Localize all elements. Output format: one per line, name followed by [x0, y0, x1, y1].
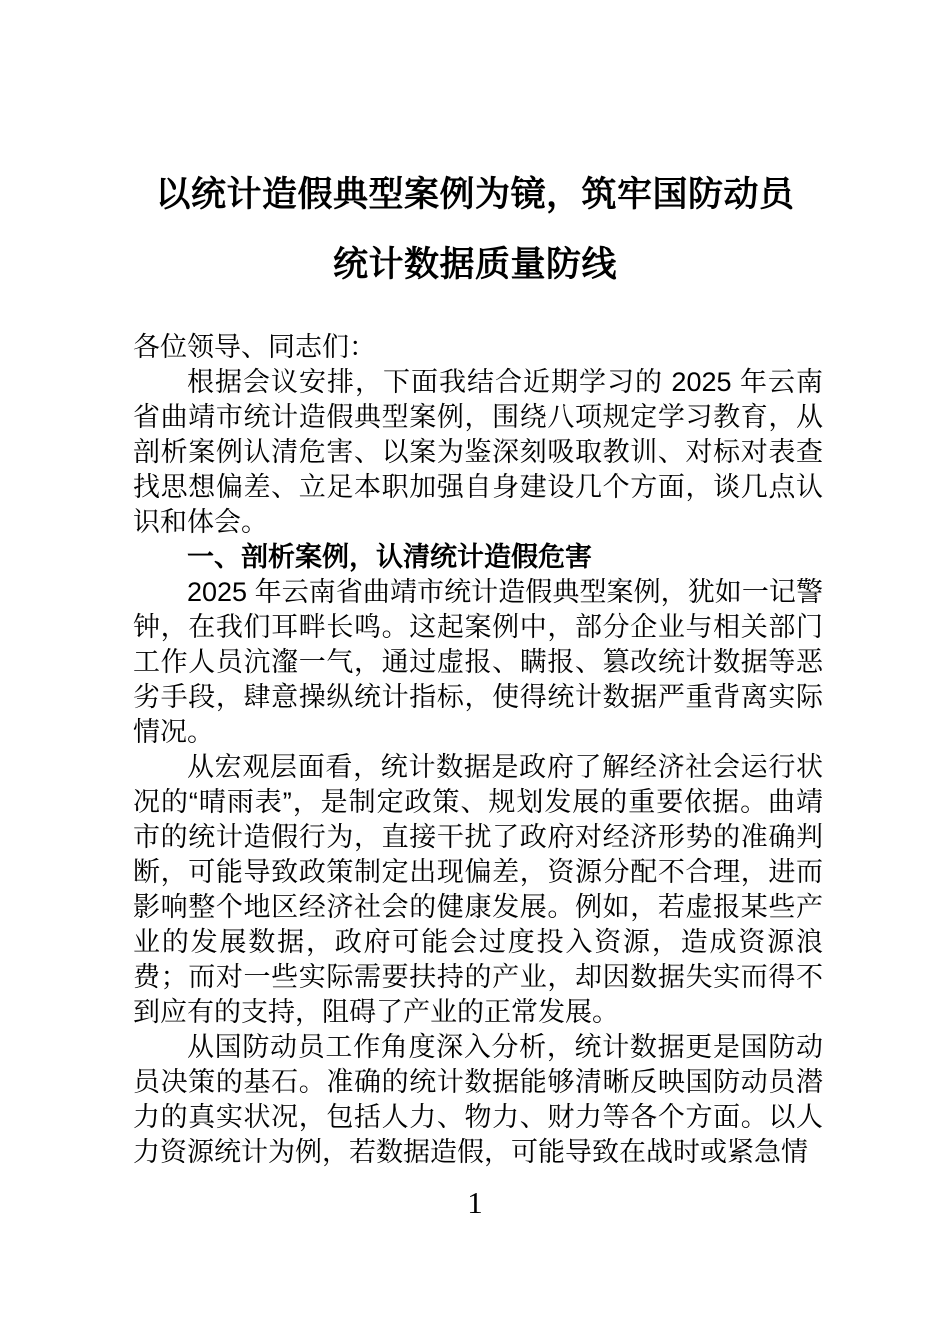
document-title: 以统计造假典型案例为镜，筑牢国防动员 统计数据质量防线 — [0, 160, 950, 300]
document-page: 以统计造假典型案例为镜，筑牢国防动员 统计数据质量防线 各位领导、同志们： 根据… — [0, 0, 950, 1344]
salutation: 各位领导、同志们： — [133, 330, 823, 365]
paragraph-macro-analysis: 从宏观层面看，统计数据是政府了解经济社会运行状况的“晴雨表”，是制定政策、规划发… — [133, 750, 823, 1030]
paragraph-case-overview: 2025 年云南省曲靖市统计造假典型案例，犹如一记警钟，在我们耳畔长鸣。这起案例… — [133, 575, 823, 750]
paragraph-defense-mobilization: 从国防动员工作角度深入分析，统计数据更是国防动员决策的基石。准确的统计数据能够清… — [133, 1030, 823, 1170]
document-title-line-2: 统计数据质量防线 — [125, 230, 825, 300]
document-title-line-1: 以统计造假典型案例为镜，筑牢国防动员 — [125, 160, 825, 230]
page-number: 1 — [0, 1186, 950, 1220]
paragraph-intro: 根据会议安排，下面我结合近期学习的 2025 年云南省曲靖市统计造假典型案例，围… — [133, 365, 823, 540]
document-body: 各位领导、同志们： 根据会议安排，下面我结合近期学习的 2025 年云南省曲靖市… — [0, 330, 950, 1182]
section-heading-1: 一、剖析案例，认清统计造假危害 — [133, 540, 823, 575]
